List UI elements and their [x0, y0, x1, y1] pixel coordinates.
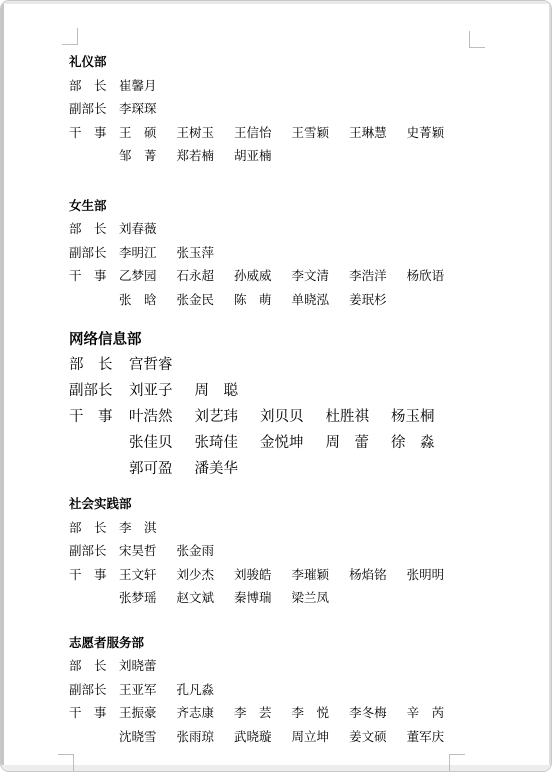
text-boundary-mark-top-left — [62, 28, 78, 45]
member-name: 徐 淼 — [391, 430, 435, 456]
member-name: 单晓泓 — [292, 289, 330, 313]
section-girls-dept: 女生部 部 长 刘春薇 副部长 李明江 张玉萍 干 事 乙梦园 石永超 — [69, 195, 515, 313]
member-name: 杨玉桐 — [391, 404, 435, 430]
member-row: 郭可盈 潘美华 — [69, 456, 515, 482]
text-boundary-mark-bottom-left — [58, 754, 74, 772]
member-name: 武晓璇 — [234, 726, 272, 750]
member-row: 副部长 王亚军 孔凡淼 — [69, 679, 515, 703]
role-label — [69, 289, 119, 313]
member-name: 杨焰铭 — [349, 564, 387, 588]
member-name: 张玉萍 — [177, 242, 215, 266]
member-name: 乙梦园 — [119, 265, 157, 289]
member-name: 周立坤 — [292, 726, 330, 750]
role-label: 干 事 — [69, 702, 119, 726]
role-label: 部 长 — [69, 352, 129, 378]
member-row: 张 晗 张金民 陈 萌 单晓泓 姜珉杉 — [69, 289, 515, 313]
member-name: 王文轩 — [119, 564, 157, 588]
role-label: 部 长 — [69, 517, 119, 541]
member-name: 李 淇 — [119, 517, 157, 541]
member-name: 董军庆 — [407, 726, 445, 750]
member-name: 孙威威 — [234, 265, 272, 289]
member-row: 干 事 王振豪 齐志康 李 芸 李 悦 李冬梅 辛 芮 — [69, 702, 515, 726]
member-row: 张佳贝 张琦佳 金悦坤 周 蕾 徐 淼 — [69, 430, 515, 456]
member-name: 张明明 — [407, 564, 445, 588]
member-name: 宫哲睿 — [129, 352, 173, 378]
member-name: 杨欣语 — [407, 265, 445, 289]
role-label: 干 事 — [69, 404, 129, 430]
member-row: 干 事 叶浩然 刘艺玮 刘贝贝 杜胜祺 杨玉桐 — [69, 404, 515, 430]
role-label: 干 事 — [69, 122, 119, 146]
member-name: 李 悦 — [292, 702, 330, 726]
member-name: 秦博瑞 — [234, 587, 272, 611]
role-label: 干 事 — [69, 265, 119, 289]
member-name: 郭可盈 — [129, 456, 173, 482]
role-label: 副部长 — [69, 98, 119, 122]
member-name: 陈 萌 — [234, 289, 272, 313]
member-name: 邹 菁 — [119, 145, 157, 169]
page-edge-left — [1, 4, 4, 765]
member-name: 王信怡 — [234, 122, 272, 146]
member-name: 赵文斌 — [177, 587, 215, 611]
role-label: 副部长 — [69, 378, 129, 404]
member-name: 刘艺玮 — [195, 404, 239, 430]
member-row: 副部长 李琛琛 — [69, 98, 515, 122]
text-boundary-mark-top-right — [469, 31, 485, 48]
member-row: 部 长 刘春薇 — [69, 218, 515, 242]
text-boundary-mark-bottom-right — [449, 754, 465, 772]
member-name: 史菁颖 — [407, 122, 445, 146]
member-name: 胡亚楠 — [234, 145, 272, 169]
member-name: 张 晗 — [119, 289, 157, 313]
member-name: 石永超 — [177, 265, 215, 289]
member-name: 李 芸 — [234, 702, 272, 726]
member-name: 辛 芮 — [407, 702, 445, 726]
section-etiquette-dept: 礼仪部 部 长 崔馨月 副部长 李琛琛 干 事 王 硕 王树玉 王信怡 — [69, 51, 515, 169]
section-social-practice-dept: 社会实践部 部 长 李 淇 副部长 宋昊哲 张金雨 干 事 王文轩 刘少杰 — [69, 493, 515, 611]
member-name: 郑若楠 — [177, 145, 215, 169]
role-label: 部 长 — [69, 75, 119, 99]
member-name: 宋昊哲 — [119, 540, 157, 564]
member-name: 李璀颖 — [292, 564, 330, 588]
member-name: 李明江 — [119, 242, 157, 266]
member-name: 李浩洋 — [349, 265, 387, 289]
member-name: 姜文硕 — [349, 726, 387, 750]
member-name: 王 硕 — [119, 122, 157, 146]
member-name: 孔凡淼 — [177, 679, 215, 703]
member-row: 副部长 李明江 张玉萍 — [69, 242, 515, 266]
member-name: 王亚军 — [119, 679, 157, 703]
member-name: 崔馨月 — [119, 75, 157, 99]
member-name: 王雪颖 — [292, 122, 330, 146]
member-name: 姜珉杉 — [349, 289, 387, 313]
member-name: 王振豪 — [119, 702, 157, 726]
member-name: 刘亚子 — [129, 378, 173, 404]
member-row: 副部长 宋昊哲 张金雨 — [69, 540, 515, 564]
member-name: 刘晓蕾 — [119, 655, 157, 679]
page-edge-top — [1, 1, 551, 4]
role-label — [69, 587, 119, 611]
section-title: 女生部 — [69, 195, 515, 219]
member-name: 梁兰凤 — [292, 587, 330, 611]
member-name: 李冬梅 — [349, 702, 387, 726]
member-name: 刘少杰 — [177, 564, 215, 588]
member-name: 刘贝贝 — [260, 404, 304, 430]
member-name: 张琦佳 — [195, 430, 239, 456]
role-label: 部 长 — [69, 218, 119, 242]
page-edge-bottom — [1, 765, 551, 771]
member-row: 沈晓雪 张雨琼 武晓璇 周立坤 姜文硕 董军庆 — [69, 726, 515, 750]
member-name: 李琛琛 — [119, 98, 157, 122]
member-name: 张梦瑶 — [119, 587, 157, 611]
member-name: 杜胜祺 — [326, 404, 370, 430]
member-name: 王树玉 — [177, 122, 215, 146]
member-row: 干 事 王 硕 王树玉 王信怡 王雪颖 王琳慧 史菁颖 — [69, 122, 515, 146]
section-title: 社会实践部 — [69, 493, 515, 517]
role-label: 副部长 — [69, 679, 119, 703]
section-title: 志愿者服务部 — [69, 632, 515, 656]
member-name: 刘骏皓 — [234, 564, 272, 588]
page-edge-right — [549, 4, 551, 765]
member-row: 干 事 乙梦园 石永超 孙威威 李文清 李浩洋 杨欣语 — [69, 265, 515, 289]
section-network-info-dept: 网络信息部 部 长 宫哲睿 副部长 刘亚子 周 聪 干 事 叶浩然 刘艺玮 — [69, 328, 515, 482]
member-row: 部 长 宫哲睿 — [69, 352, 515, 378]
member-name: 潘美华 — [195, 456, 239, 482]
member-name: 张雨琼 — [177, 726, 215, 750]
role-label — [69, 145, 119, 169]
member-name: 沈晓雪 — [119, 726, 157, 750]
role-label: 副部长 — [69, 242, 119, 266]
member-name: 周 蕾 — [326, 430, 370, 456]
role-label — [69, 430, 129, 456]
document-content: 礼仪部 部 长 崔馨月 副部长 李琛琛 干 事 王 硕 王树玉 王信怡 — [69, 51, 515, 749]
section-title: 礼仪部 — [69, 51, 515, 75]
member-name: 金悦坤 — [260, 430, 304, 456]
role-label: 干 事 — [69, 564, 119, 588]
member-row: 副部长 刘亚子 周 聪 — [69, 378, 515, 404]
role-label — [69, 726, 119, 750]
member-name: 张金民 — [177, 289, 215, 313]
member-name: 刘春薇 — [119, 218, 157, 242]
member-name: 张金雨 — [177, 540, 215, 564]
member-row: 部 长 崔馨月 — [69, 75, 515, 99]
role-label — [69, 456, 129, 482]
member-name: 张佳贝 — [129, 430, 173, 456]
member-row: 干 事 王文轩 刘少杰 刘骏皓 李璀颖 杨焰铭 张明明 — [69, 564, 515, 588]
member-row: 部 长 李 淇 — [69, 517, 515, 541]
document-page[interactable]: 礼仪部 部 长 崔馨月 副部长 李琛琛 干 事 王 硕 王树玉 王信怡 — [0, 0, 552, 772]
member-name: 李文清 — [292, 265, 330, 289]
member-name: 叶浩然 — [129, 404, 173, 430]
section-title: 网络信息部 — [69, 328, 515, 352]
member-name: 周 聪 — [195, 378, 239, 404]
section-volunteer-service-dept: 志愿者服务部 部 长 刘晓蕾 副部长 王亚军 孔凡淼 干 事 王振豪 齐志康 — [69, 632, 515, 750]
member-name: 王琳慧 — [349, 122, 387, 146]
member-row: 张梦瑶 赵文斌 秦博瑞 梁兰凤 — [69, 587, 515, 611]
member-row: 邹 菁 郑若楠 胡亚楠 — [69, 145, 515, 169]
member-name: 齐志康 — [177, 702, 215, 726]
role-label: 副部长 — [69, 540, 119, 564]
role-label: 部 长 — [69, 655, 119, 679]
member-row: 部 长 刘晓蕾 — [69, 655, 515, 679]
